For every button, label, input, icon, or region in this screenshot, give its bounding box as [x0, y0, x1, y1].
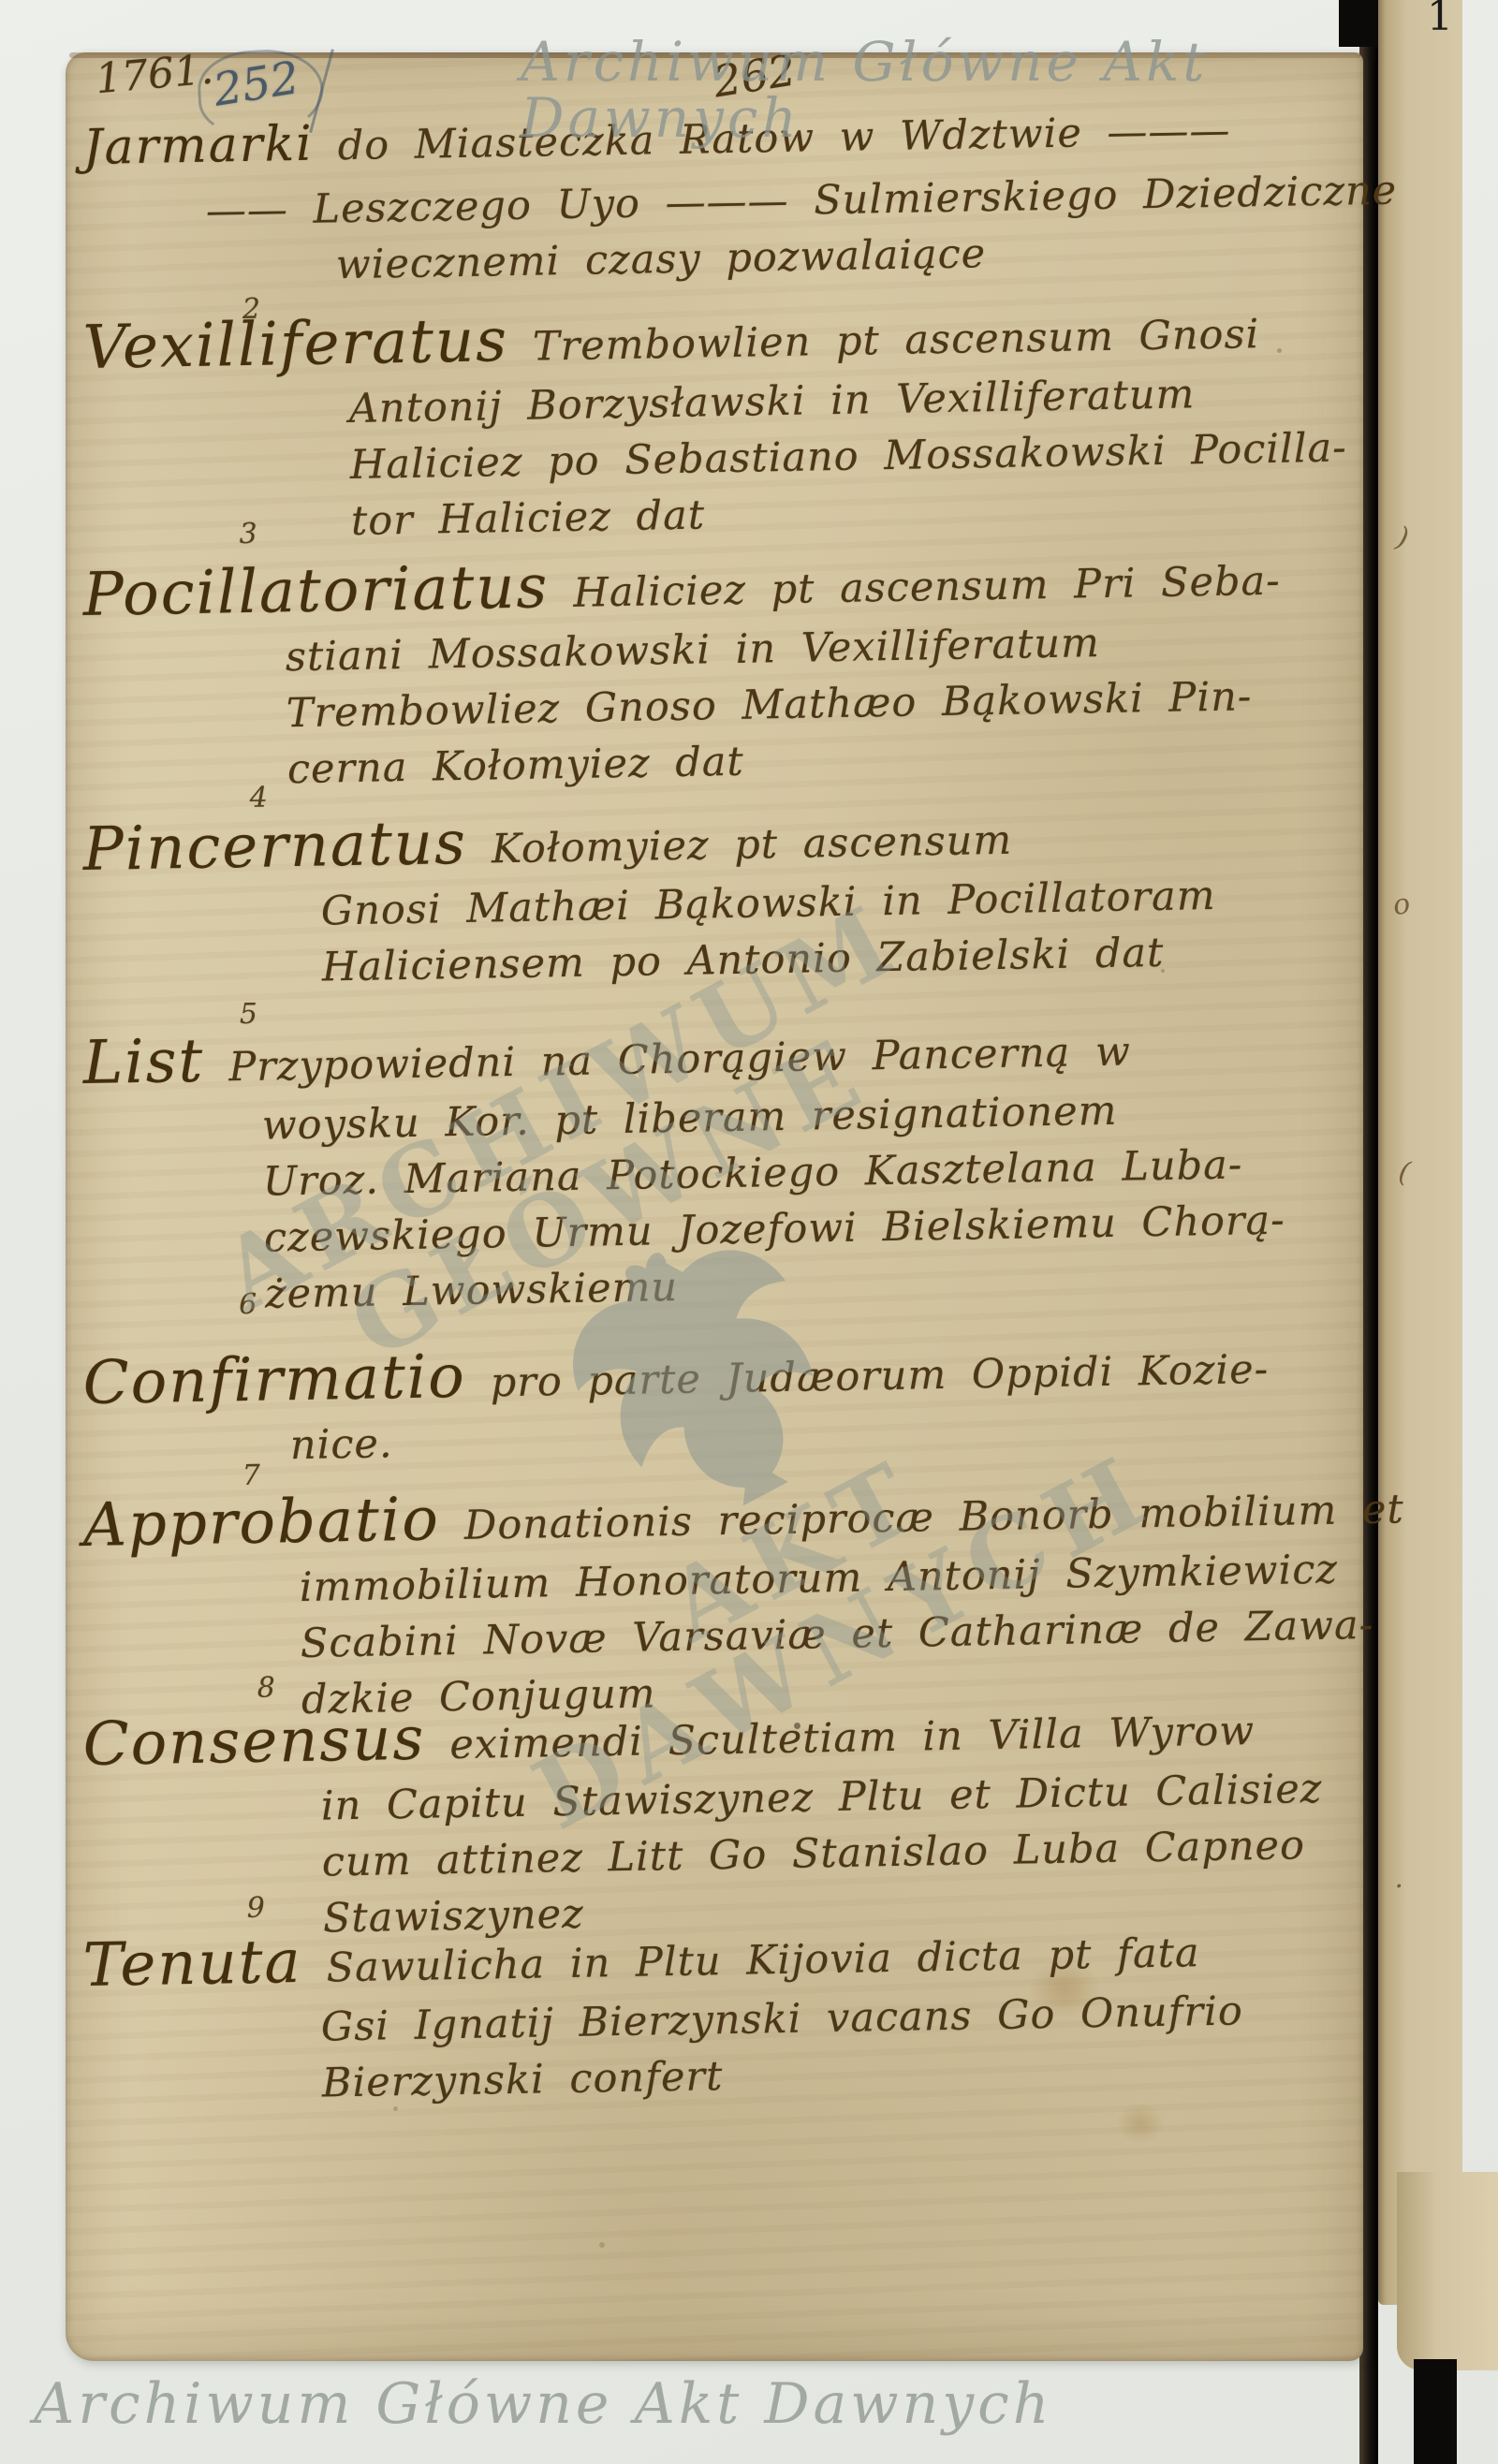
entry-heading: List	[82, 1027, 205, 1098]
entry-heading: Tenuta	[82, 1928, 302, 2001]
entry-continuation: Antonij Borzysławski in Vexilliferatum H…	[348, 363, 1348, 550]
paper-stain	[1116, 2103, 1165, 2144]
entry-number: 2	[242, 296, 262, 324]
entry-number: 3	[239, 521, 258, 549]
register-entry: 9 TenutaSawulicha in Pltu Kijovia dicta …	[82, 1908, 1244, 2116]
register-entry: 3 PocillatoriatusHaliciez pt ascensum Pr…	[82, 537, 1284, 801]
adjacent-page-edge	[1378, 0, 1462, 2305]
entry-continuation: Gsi Ignatij Bierzynski vacans Go Onufrio…	[320, 1983, 1244, 2111]
entry-continuation: stiani Mossakowski in Vexilliferatum Tre…	[285, 612, 1284, 799]
entry-first-line: Haliciez pt ascensum Pri Seba-	[573, 558, 1281, 617]
entry-continuation: —— Leszczego Uyo ——— Sulmierskiego Dzied…	[83, 163, 1398, 298]
paper-speck	[599, 2242, 605, 2248]
register-entry: 4 PincernatusKołomyiez pt ascensum Gnosi…	[82, 793, 1217, 1000]
entry-heading: Jarmarki	[82, 116, 314, 176]
entry-first-line: Sawulicha in Pltu Kijovia dicta pt fata	[326, 1929, 1200, 1991]
entry-number: 4	[250, 785, 270, 813]
manuscript-scan: ) o ( . 1 ARCHIWUM GŁÓWNE AKT DAWNYCH 17…	[0, 0, 1498, 2464]
pencil-folio-number: 252	[211, 55, 302, 113]
entry-number: 5	[240, 1001, 259, 1029]
gutter-black-bottom	[1414, 2359, 1457, 2464]
entry-number: 8	[257, 1674, 276, 1702]
register-entry: 2 VexilliferatusTrembowlien pt ascensum …	[82, 288, 1348, 553]
archive-watermark-bottom: Archiwum Główne Akt Dawnych	[34, 2376, 1052, 2432]
year-annotation: 1761.	[94, 50, 214, 101]
entry-number: 9	[246, 1895, 266, 1923]
adjacent-page-edge-bottom	[1397, 2172, 1498, 2370]
entry-heading: Vexilliferatus	[82, 306, 509, 383]
entry-heading: Pincernatus	[82, 809, 467, 885]
entry-first-line: Trembowlien pt ascensum Gnosi	[533, 311, 1260, 371]
entry-heading: Pocillatoriatus	[82, 552, 550, 630]
archive-watermark-top: Archiwum Główne Akt Dawnych	[521, 34, 1498, 146]
